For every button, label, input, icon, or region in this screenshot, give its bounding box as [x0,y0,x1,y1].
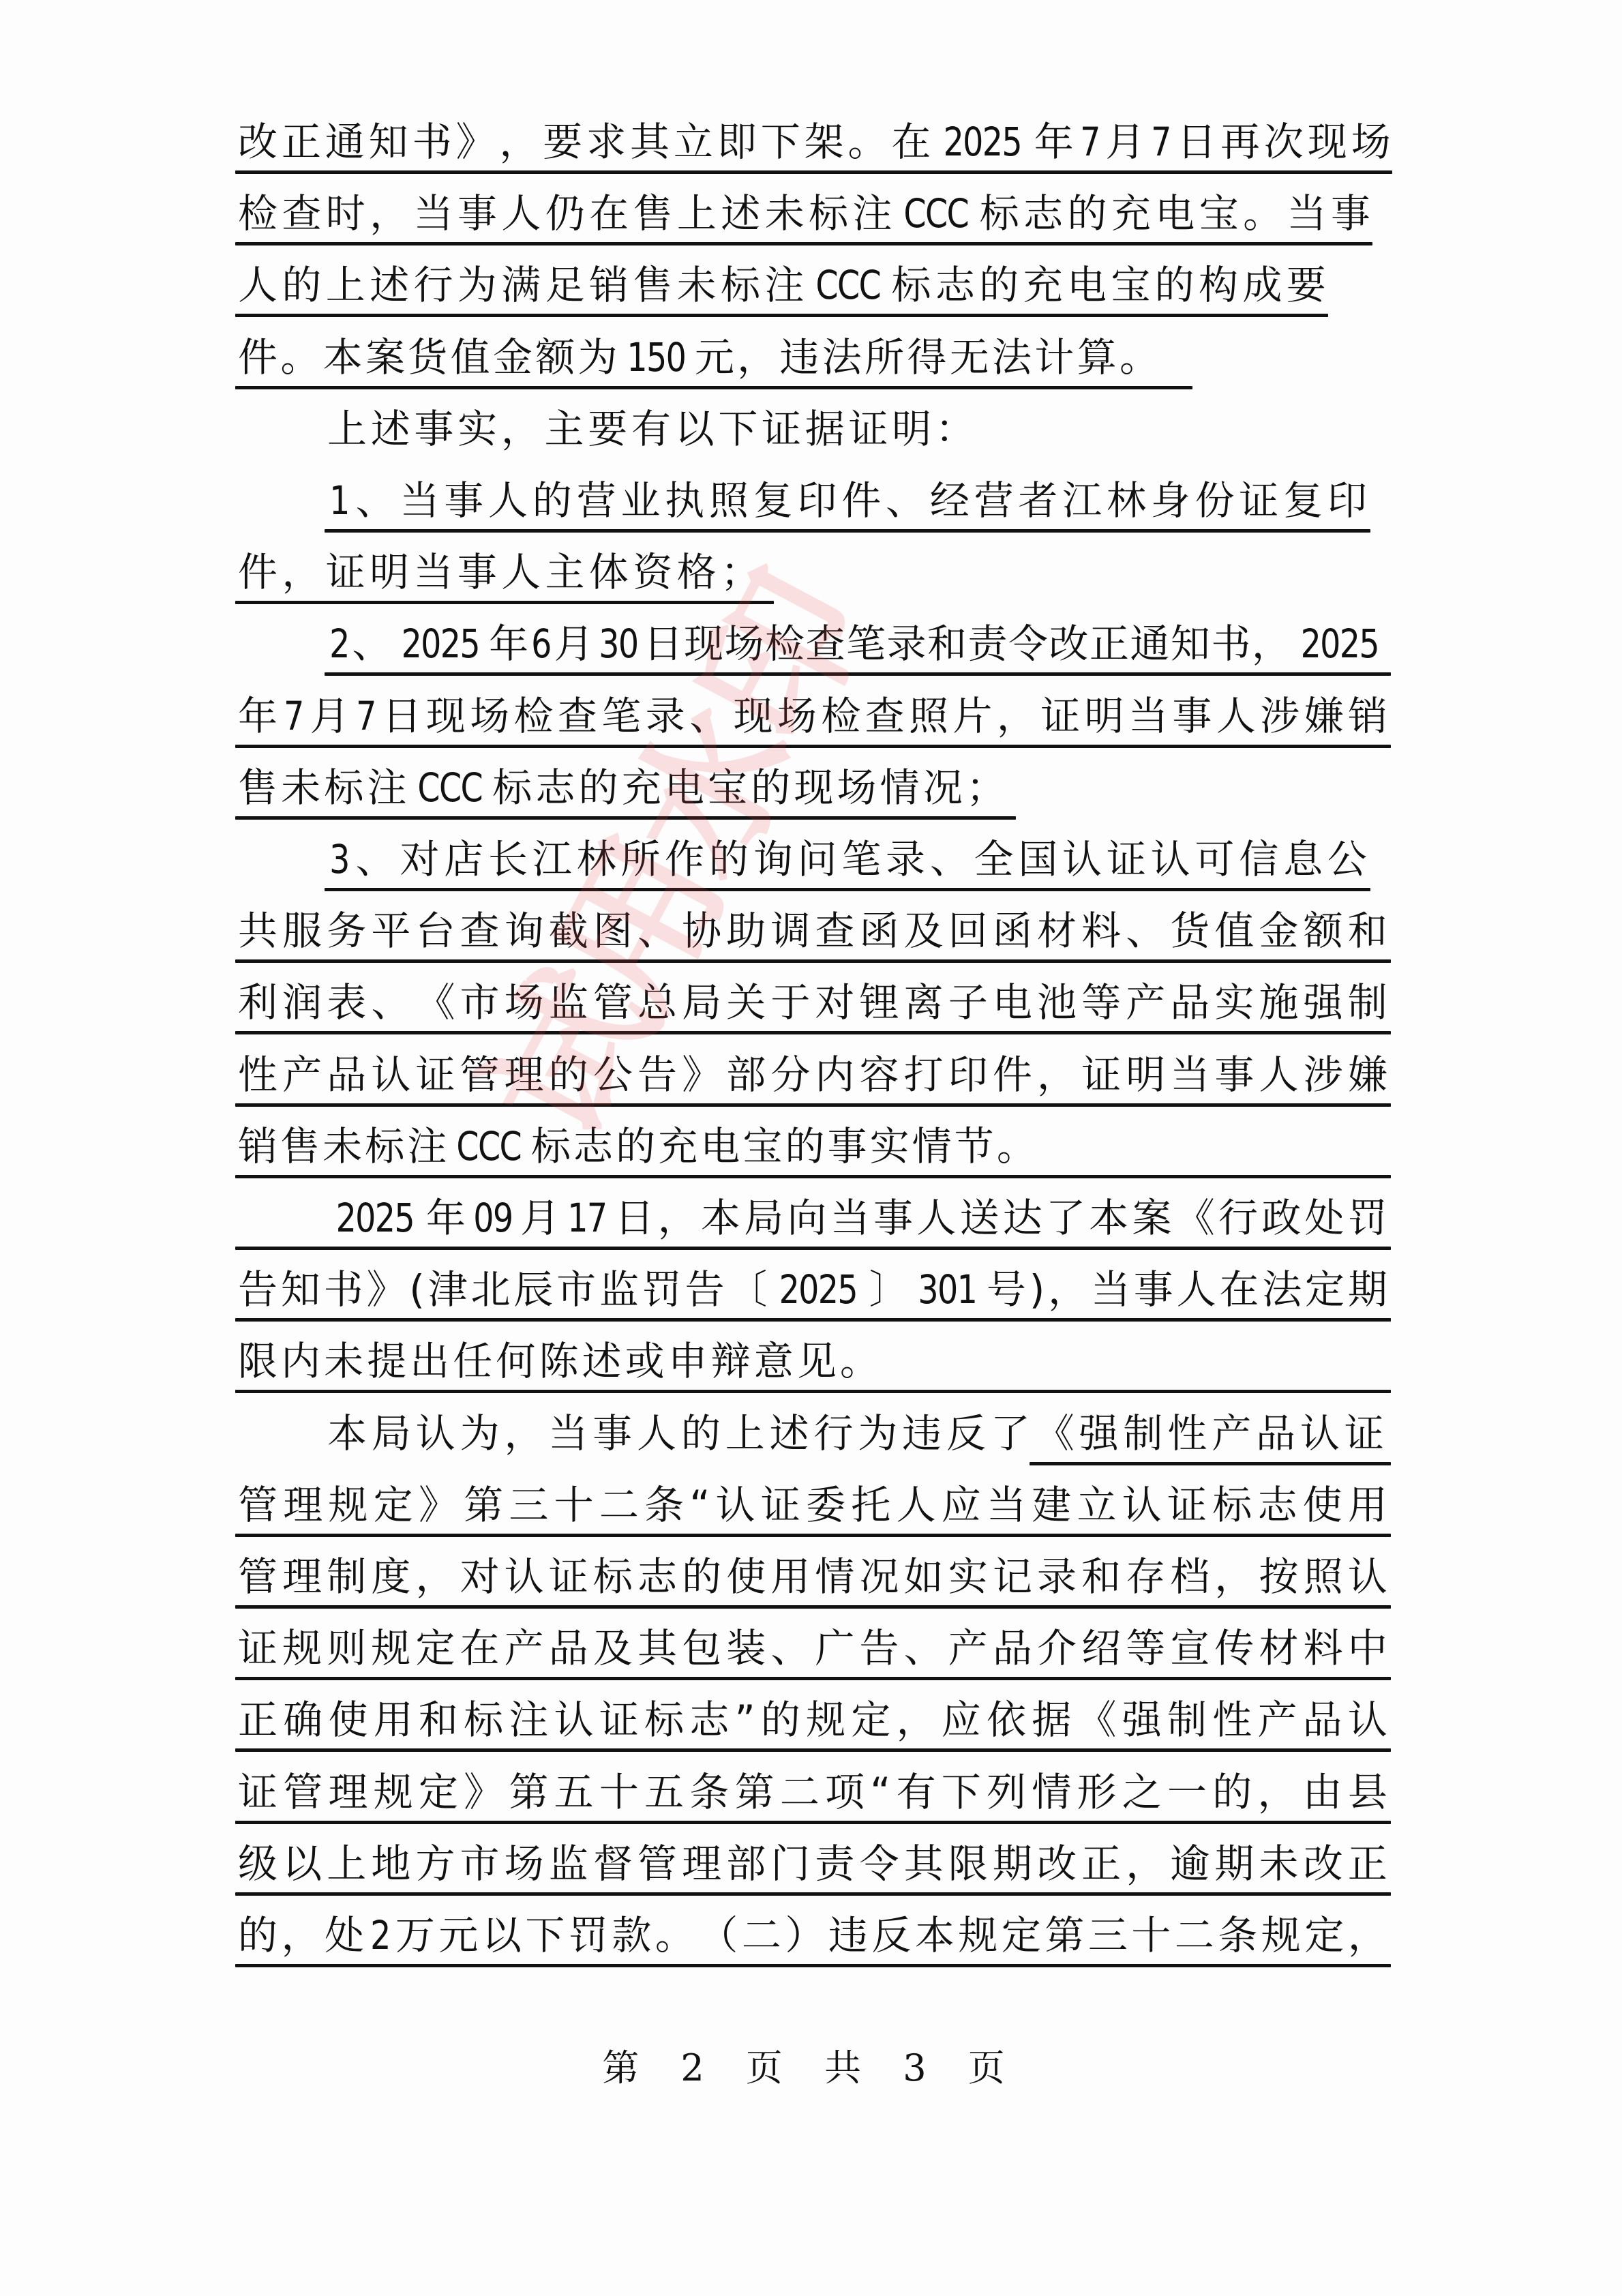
document-line: 利润表、《市场监管总局关于对锂离子电池等产品实施强制 [0,975,1622,1032]
document-line: 管理制度，对认证标志的使用情况如实记录和存档，按照认 [0,1549,1622,1607]
document-line: 告知书》(津北辰市监罚告〔2025〕301号)，当事人在法定期 [0,1262,1622,1320]
document-line: 正确使用和标注认证标志”的规定，应依据《强制性产品认 [0,1693,1622,1750]
line-text: 检查时，当事人仍在售上述未标注CCC标志的充电宝。当事 [238,186,1370,241]
line-text: 管理规定》第三十二条“认证委托人应当建立认证标志使用 [238,1478,1387,1532]
underline-rule [235,1534,1391,1537]
underline-rule [235,745,1391,748]
document-line: 本局认为，当事人的上述行为违反了《强制性产品认证 [0,1406,1622,1463]
underline-rule [235,314,1328,317]
underline-rule [235,1318,1391,1322]
line-text: 销售未标注CCC标志的充电宝的事实情节。 [238,1119,1036,1174]
underline-rule [235,959,1391,963]
line-text: 的，处2万元以下罚款。（二）违反本规定第三十二条规定， [238,1908,1387,1963]
underline-rule [235,386,1192,389]
document-line: 2025年09月17日，本局向当事人送达了本案《行政处罚 [0,1191,1622,1248]
underline-rule [235,816,1016,820]
underline-rule [235,1964,1391,1967]
document-line: 共服务平台查询截图、协助调查函及回函材料、货值金额和 [0,904,1622,961]
line-text: 件，证明当事人主体资格； [238,545,760,599]
underline-rule [325,672,1391,676]
line-text: 证管理规定》第五十五条第二项“有下列情形之一的，由县 [238,1765,1387,1819]
underline-rule [235,1390,1391,1393]
line-text: 件。本案货值金额为150元，违法所得无法计算。 [238,330,1159,385]
line-text: 3、对店长江林所作的询问笔录、全国认证认可信息公 [327,832,1367,886]
line-text: 售未标注CCC标志的充电宝的现场情况； [238,760,1006,815]
underline-rule [235,1175,1391,1178]
underline-rule [235,1031,1391,1034]
line-text: 2、2025年6月30日现场检查笔录和责令改正通知书，2025 [327,616,1387,671]
document-line: 改正通知书》，要求其立即下架。在2025年7月7日再次现场 [0,115,1622,172]
document-line: 1、当事人的营业执照复印件、经营者江林身份证复印 [0,473,1622,531]
line-text: 本局认为，当事人的上述行为违反了《强制性产品认证 [327,1406,1384,1461]
line-text: 改正通知书》，要求其立即下架。在2025年7月7日再次现场 [238,115,1391,169]
line-text: 正确使用和标注认证标志”的规定，应依据《强制性产品认 [238,1693,1387,1747]
underline-rule [235,1247,1391,1250]
document-line: 性产品认证管理的公告》部分内容打印件，证明当事人涉嫌 [0,1047,1622,1105]
line-text: 级以上地方市场监督管理部门责令其限期改正，逾期未改正 [238,1836,1387,1891]
line-text: 1、当事人的营业执照复印件、经营者江林身份证复印 [327,473,1367,528]
line-text: 共服务平台查询截图、协助调查函及回函材料、货值金额和 [238,904,1387,958]
underline-rule [235,1892,1391,1896]
line-text: 性产品认证管理的公告》部分内容打印件，证明当事人涉嫌 [238,1047,1387,1102]
document-line: 件。本案货值金额为150元，违法所得无法计算。 [0,330,1622,387]
underline-rule [1030,1462,1391,1465]
underline-rule [235,1605,1391,1609]
line-text: 管理制度，对认证标志的使用情况如实记录和存档，按照认 [238,1549,1387,1604]
document-line: 管理规定》第三十二条“认证委托人应当建立认证标志使用 [0,1478,1622,1535]
line-text: 利润表、《市场监管总局关于对锂离子电池等产品实施强制 [238,975,1387,1030]
document-line: 销售未标注CCC标志的充电宝的事实情节。 [0,1119,1622,1176]
line-text: 2025年09月17日，本局向当事人送达了本案《行政处罚 [327,1191,1387,1245]
page-number-footer: 第 2 页 共 3 页 [0,2039,1622,2091]
line-text: 告知书》(津北辰市监罚告〔2025〕301号)，当事人在法定期 [238,1262,1387,1317]
document-line: 件，证明当事人主体资格； [0,545,1622,602]
document-line: 售未标注CCC标志的充电宝的现场情况； [0,760,1622,818]
underline-rule [235,170,1392,174]
line-text: 证规则规定在产品及其包装、广告、产品介绍等宣传材料中 [238,1621,1387,1675]
document-line: 人的上述行为满足销售未标注CCC标志的充电宝的构成要 [0,258,1622,315]
document-line: 检查时，当事人仍在售上述未标注CCC标志的充电宝。当事 [0,186,1622,243]
document-line: 级以上地方市场监督管理部门责令其限期改正，逾期未改正 [0,1836,1622,1894]
line-text: 上述事实，主要有以下证据证明： [327,402,975,456]
line-text: 年7月7日现场检查笔录、现场检查照片，证明当事人涉嫌销 [238,689,1387,743]
document-line: 上述事实，主要有以下证据证明： [0,402,1622,459]
underline-rule [235,1821,1391,1824]
underline-rule [235,242,1372,245]
underline-rule [235,601,774,604]
document-line: 限内未提出任何陈述或申辩意见。 [0,1334,1622,1391]
document-line: 证管理规定》第五十五条第二项“有下列情形之一的，由县 [0,1765,1622,1822]
document-line: 2、2025年6月30日现场检查笔录和责令改正通知书，2025 [0,616,1622,674]
line-text: 人的上述行为满足销售未标注CCC标志的充电宝的构成要 [238,258,1326,312]
document-page: 改正通知书》，要求其立即下架。在2025年7月7日再次现场检查时，当事人仍在售上… [0,0,1622,2296]
underline-rule [325,888,1370,891]
underline-rule [235,1677,1391,1680]
underline-rule [325,529,1370,533]
document-line: 的，处2万元以下罚款。（二）违反本规定第三十二条规定， [0,1908,1622,1965]
document-line: 证规则规定在产品及其包装、广告、产品介绍等宣传材料中 [0,1621,1622,1678]
document-line: 年7月7日现场检查笔录、现场检查照片，证明当事人涉嫌销 [0,689,1622,746]
underline-rule [235,1748,1391,1752]
document-line: 3、对店长江林所作的询问笔录、全国认证认可信息公 [0,832,1622,889]
underline-rule [235,1103,1391,1107]
line-text: 限内未提出任何陈述或申辩意见。 [238,1334,880,1388]
